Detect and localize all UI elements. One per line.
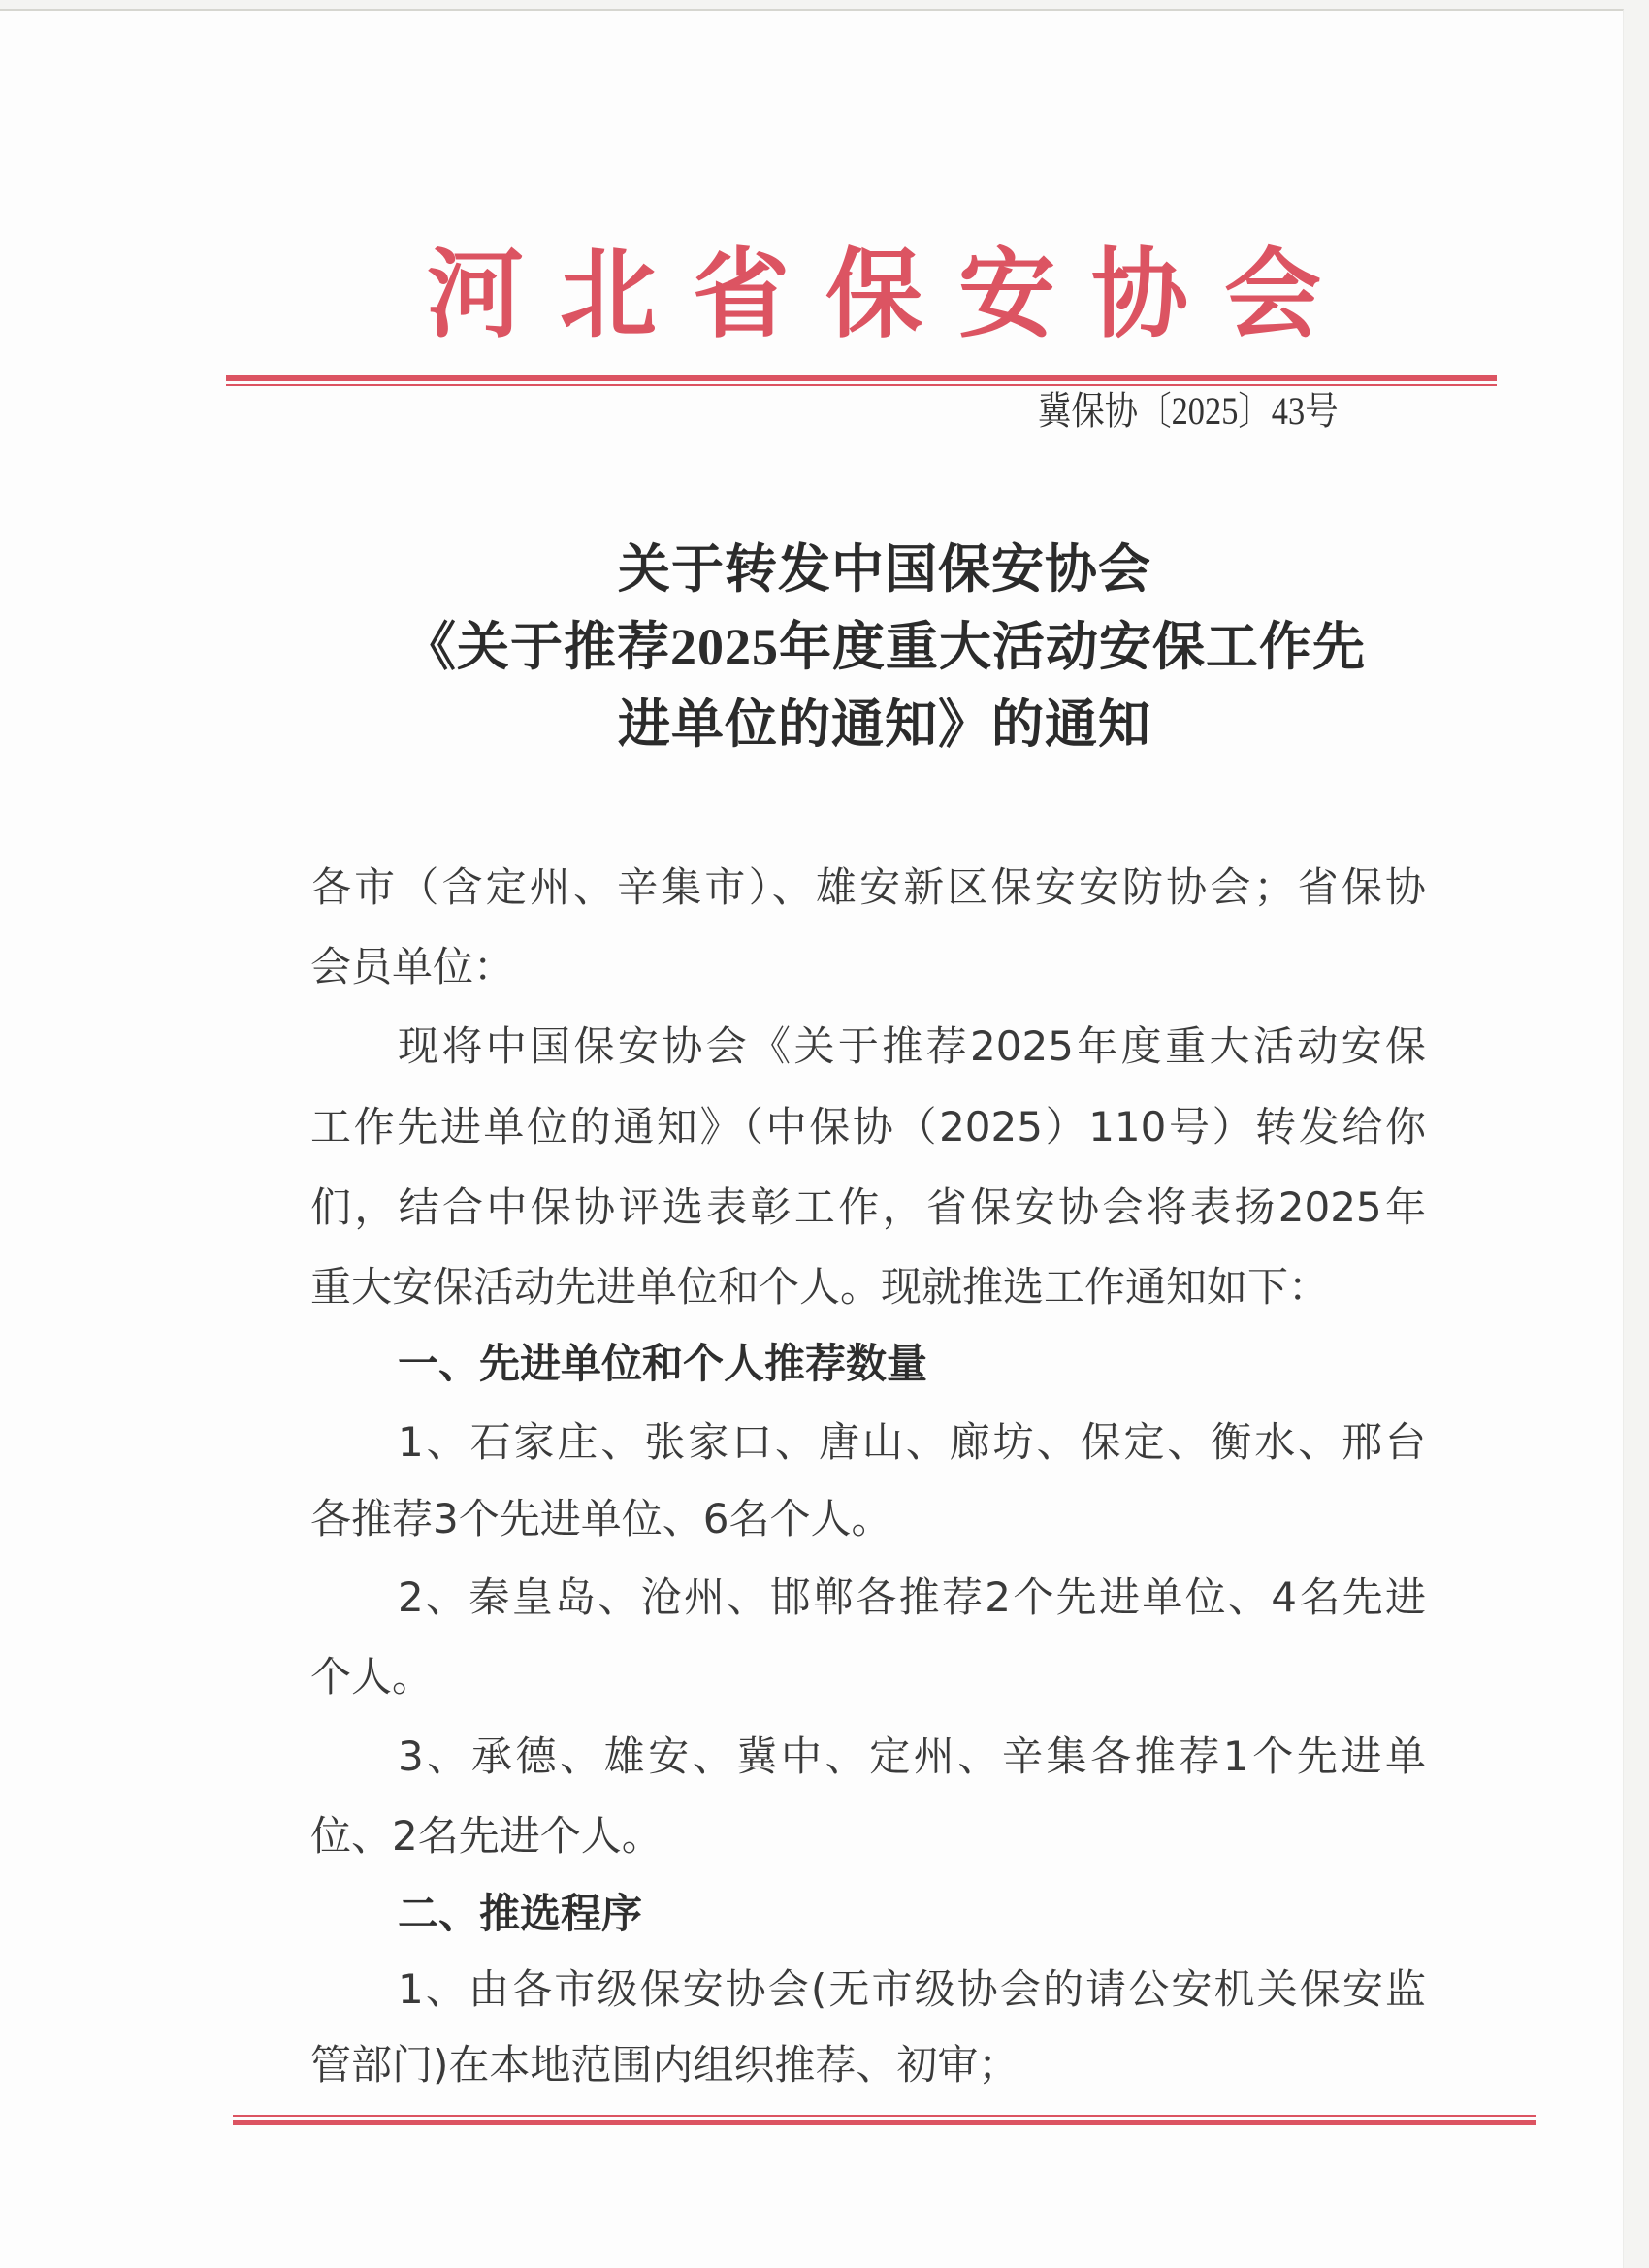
masthead-rule-thick — [226, 375, 1497, 381]
list-item-line: 1、石家庄、张家口、唐山、廊坊、保定、衡水、邢台 — [398, 1418, 1426, 1467]
salutation-line-1: 各市（含定州、辛集市）、雄安新区保安安防协会；省保协 — [310, 863, 1426, 912]
paragraph-line: 现将中国保安协会《关于推荐2025年度重大活动安保 — [398, 1022, 1426, 1071]
list-item-line: 3、承德、雄安、冀中、定州、辛集各推荐1个先进单 — [398, 1733, 1426, 1781]
footer-rule-thick — [233, 2120, 1536, 2125]
document-number: 冀保协〔2025〕43号 — [1038, 388, 1339, 435]
paragraph-line: 重大安保活动先进单位和个人。现就推选工作通知如下： — [310, 1263, 1426, 1312]
section-heading-2: 二、推选程序 — [398, 1890, 642, 1938]
list-item-line: 1、由各市级保安协会(无市级协会的请公安机关保安监 — [398, 1965, 1426, 2014]
list-item-line: 个人。 — [310, 1653, 1426, 1701]
section-heading-1: 一、先进单位和个人推荐数量 — [398, 1340, 927, 1388]
footer-rule-thin — [233, 2115, 1536, 2117]
list-item-line: 2、秦皇岛、沧州、邯郸各推荐2个先进单位、4名先进 — [398, 1573, 1426, 1622]
masthead-rule-thin — [226, 384, 1497, 386]
list-item-line: 各推荐3个先进单位、6名个人。 — [310, 1495, 1426, 1543]
document-title-line-1: 关于转发中国保安协会 — [0, 539, 1649, 599]
paragraph-line: 工作先进单位的通知》（中保协（2025）110号）转发给你 — [310, 1103, 1426, 1151]
paragraph-line: 们，结合中保协评选表彰工作，省保安协会将表扬2025年 — [310, 1183, 1426, 1232]
masthead-organization-name: 河北省保安协会 — [427, 241, 1357, 347]
document-title-line-3: 进单位的通知》的通知 — [0, 695, 1649, 755]
salutation-line-2: 会员单位： — [310, 943, 1426, 991]
list-item-line: 位、2名先进个人。 — [310, 1812, 1426, 1861]
list-item-line: 管部门)在本地范围内组织推荐、初审； — [310, 2041, 1426, 2090]
document-title-line-2: 《关于推荐2025年度重大活动安保工作先 — [0, 617, 1649, 677]
